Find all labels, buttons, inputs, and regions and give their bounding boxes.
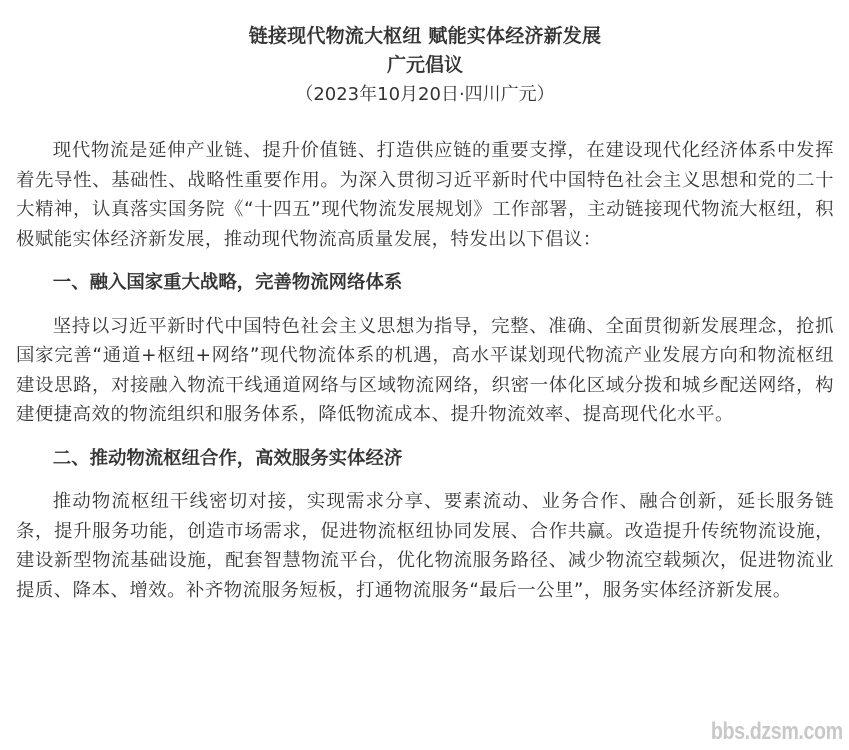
section-2: 二、推动物流枢纽合作，高效服务实体经济 推动物流枢纽干线密切对接，实现需求分享、… bbox=[16, 444, 834, 606]
article-subtitle: 广元倡议 bbox=[16, 51, 834, 80]
section-heading: 二、推动物流枢纽合作，高效服务实体经济 bbox=[16, 444, 834, 474]
article: 链接现代物流大枢纽 赋能实体经济新发展 广元倡议 （2023年10月20日·四川… bbox=[16, 22, 834, 619]
article-title: 链接现代物流大枢纽 赋能实体经济新发展 bbox=[16, 22, 834, 51]
site-watermark: bbs.dzsm.com bbox=[711, 718, 843, 746]
section-body: 推动物流枢纽干线密切对接，实现需求分享、要素流动、业务合作、融合创新，延长服务链… bbox=[16, 487, 834, 605]
section-body: 坚持以习近平新时代中国特色社会主义思想为指导，完整、准确、全面贯彻新发展理念，抢… bbox=[16, 312, 834, 430]
section-heading: 一、融入国家重大战略，完善物流网络体系 bbox=[16, 268, 834, 298]
section-1: 一、融入国家重大战略，完善物流网络体系 坚持以习近平新时代中国特色社会主义思想为… bbox=[16, 268, 834, 430]
intro-paragraph: 现代物流是延伸产业链、提升价值链、打造供应链的重要支撑，在建设现代化经济体系中发… bbox=[16, 136, 834, 254]
article-dateline: （2023年10月20日·四川广元） bbox=[16, 80, 834, 110]
